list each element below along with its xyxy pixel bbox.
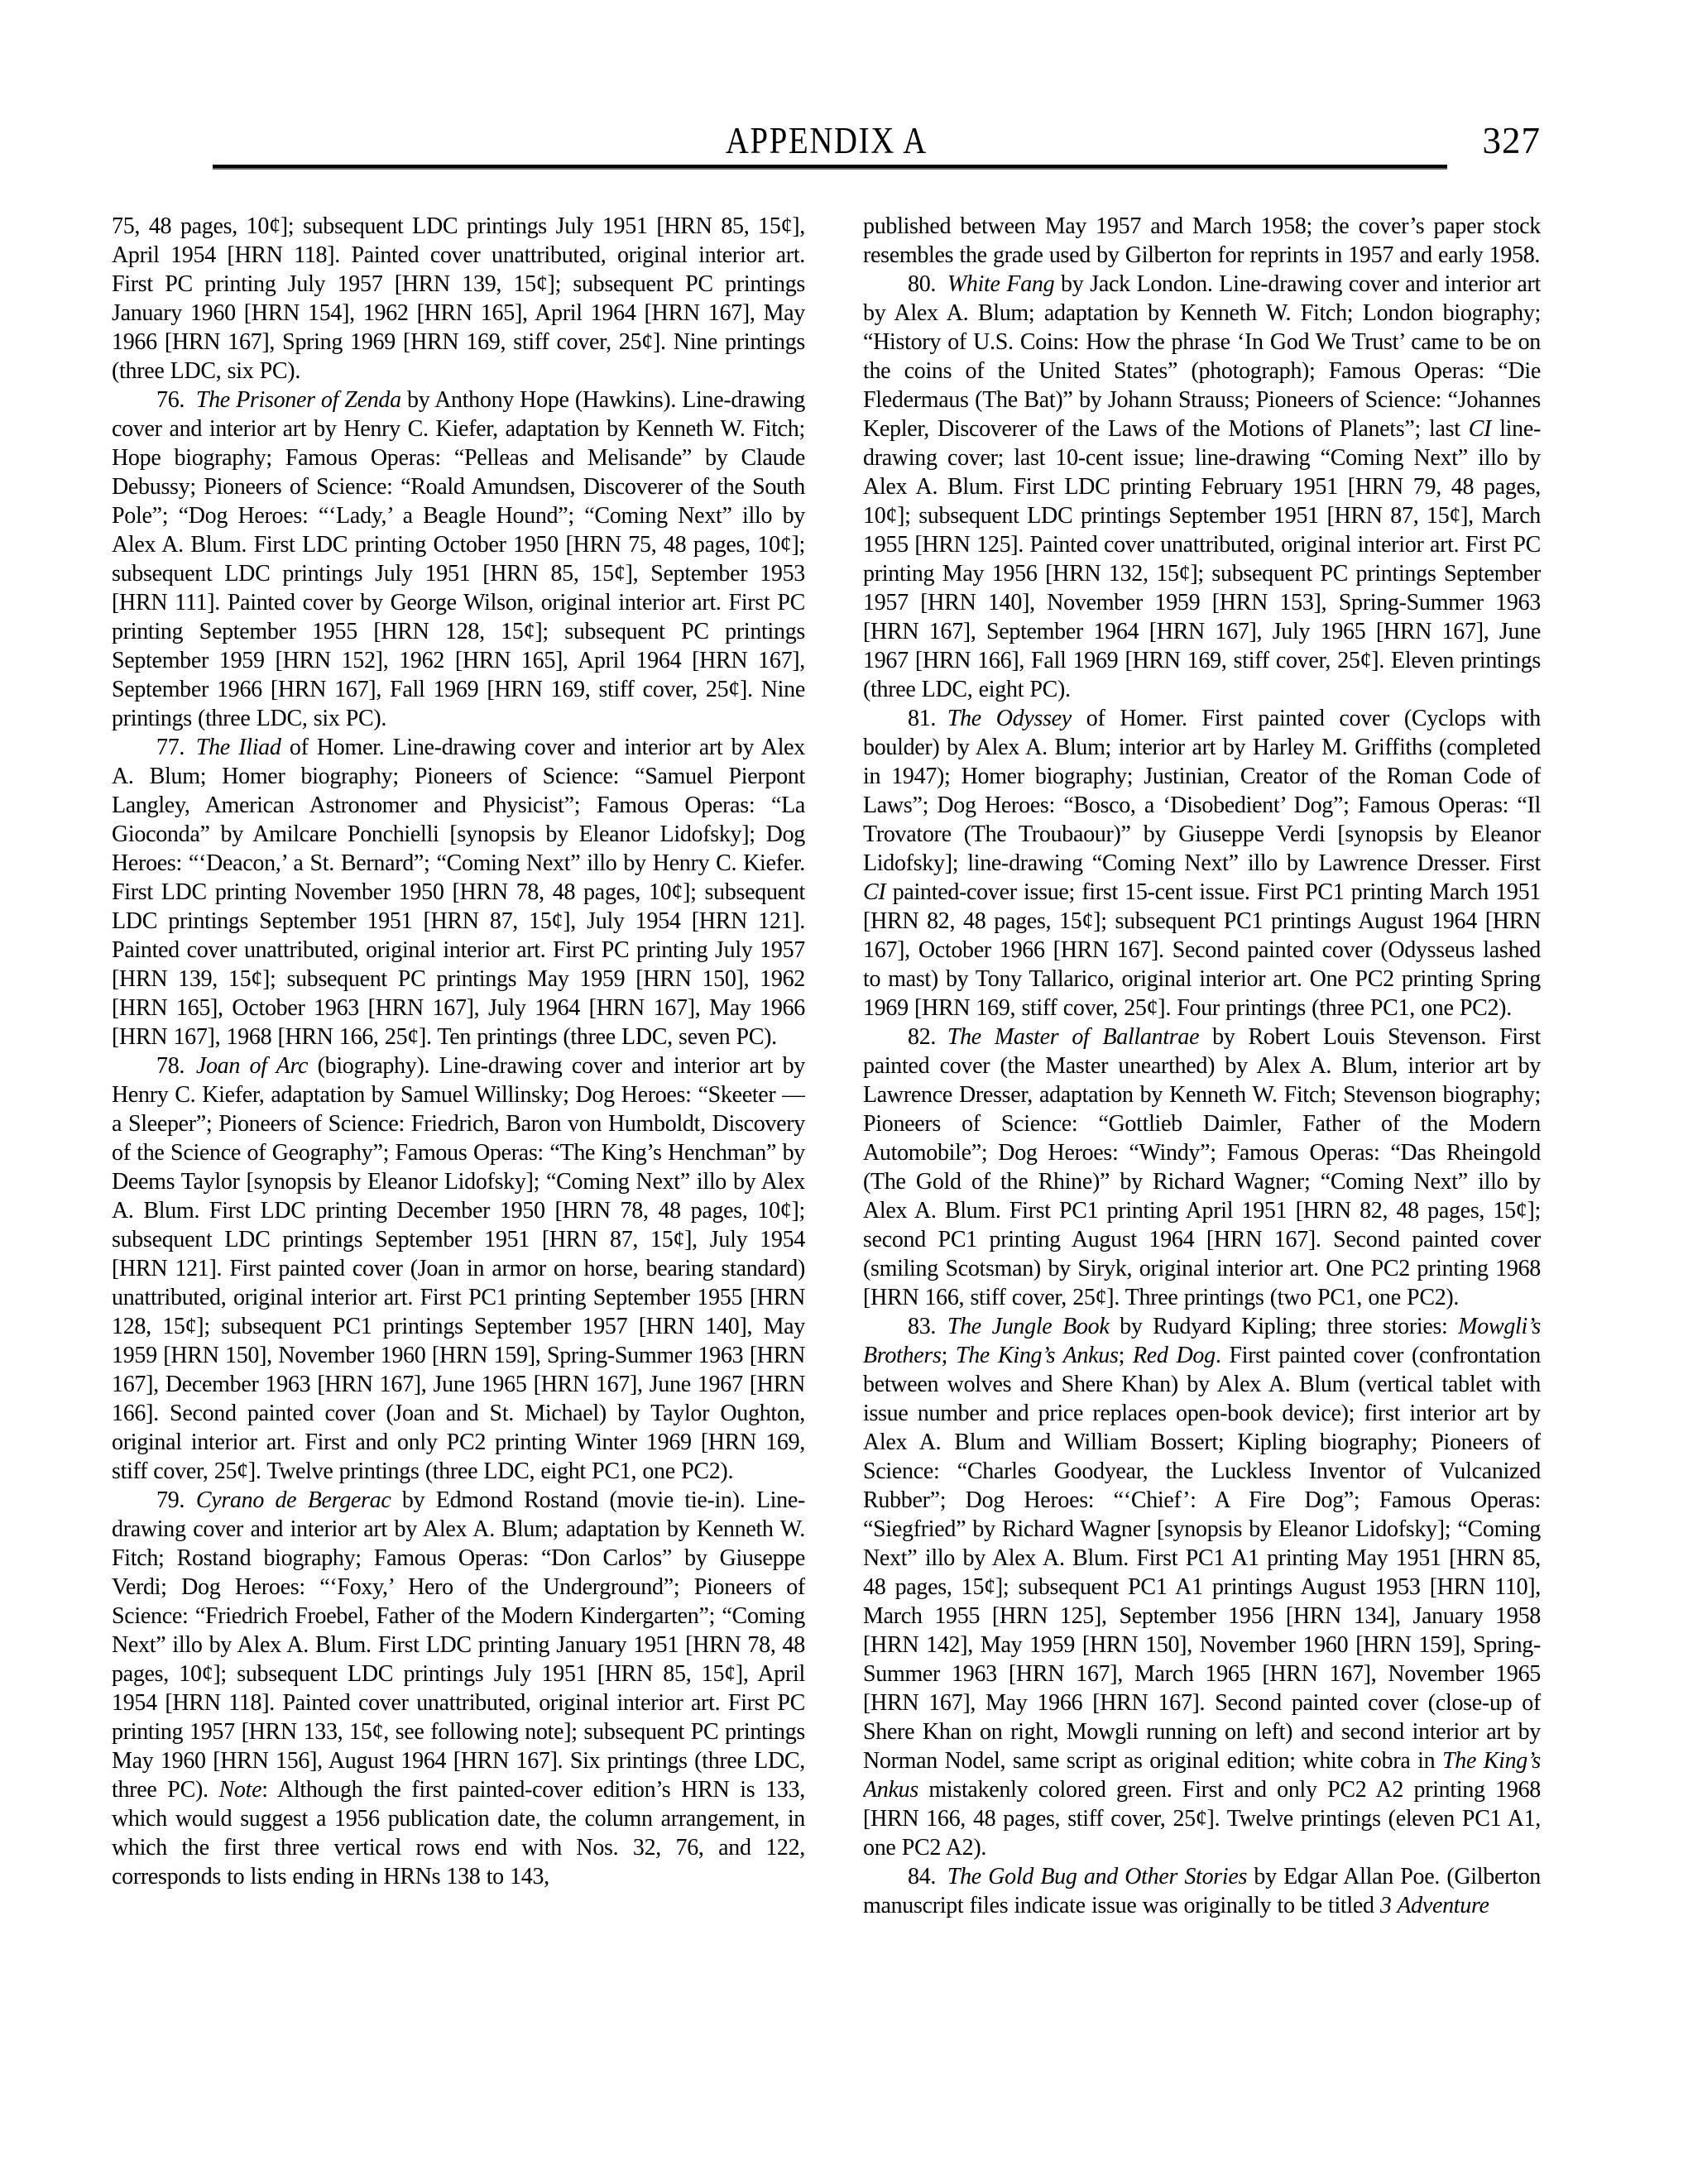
paragraph: 81. The Odyssey of Homer. First painted … (863, 704, 1541, 1023)
italic-text: The Gold Bug and Other Stories (947, 1864, 1247, 1889)
italic-text: CI (1469, 416, 1491, 442)
text-run: painted-cover issue; first 15-cent issue… (863, 879, 1541, 1021)
text-run: . First painted cover (confrontation bet… (863, 1343, 1541, 1774)
italic-text: 3 Adventure (1380, 1893, 1489, 1918)
text-run: 84. (908, 1864, 947, 1889)
text-run: 79. (156, 1487, 196, 1513)
paragraph: 79. Cyrano de Bergerac by Edmond Rostand… (112, 1486, 805, 1891)
paragraph: 83. The Jungle Book by Rudyard Kipling; … (863, 1312, 1541, 1862)
italic-text: The Iliad (196, 735, 281, 760)
italic-text: The Prisoner of Zenda (196, 387, 401, 413)
italic-text: The King’s Ankus (956, 1343, 1119, 1368)
running-head-text: APPENDIX A (725, 120, 927, 161)
text-run: ; (1119, 1343, 1133, 1368)
text-run: 81. (908, 706, 947, 731)
column-right: published between May 1957 and March 195… (863, 212, 1541, 2044)
text-run: by Edmond Rostand (movie tie-in). Line-d… (112, 1487, 805, 1803)
italic-text: Joan of Arc (196, 1053, 308, 1079)
paragraph: 80. White Fang by Jack London. Line-draw… (863, 270, 1541, 704)
text-run: ; (942, 1343, 956, 1368)
text-run: mistakenly colored green. First and only… (863, 1777, 1541, 1861)
text-columns: 75, 48 pages, 10¢]; subsequent LDC print… (112, 212, 1541, 2044)
text-run: line-drawing cover; last 10-cent issue; … (863, 416, 1541, 702)
running-head: APPENDIX A (112, 120, 1541, 161)
text-run: 80. (908, 271, 947, 297)
italic-text: Red Dog (1133, 1343, 1216, 1368)
text-run: by Anthony Hope (Hawkins). Line-drawing … (112, 387, 805, 731)
italic-text: Cyrano de Bergerac (196, 1487, 391, 1513)
text-run: published between May 1957 and March 195… (863, 213, 1541, 268)
paragraph: 82. The Master of Ballantrae by Robert L… (863, 1023, 1541, 1312)
text-run: by Rudyard Kipling; three stories: (1109, 1314, 1458, 1339)
text-run: 82. (908, 1024, 947, 1050)
page-number: 327 (1483, 120, 1542, 161)
paragraph: published between May 1957 and March 195… (863, 212, 1541, 270)
header-rule (213, 165, 1447, 168)
paragraph: 77. The Iliad of Homer. Line-drawing cov… (112, 733, 805, 1051)
italic-text: The Jungle Book (947, 1314, 1110, 1339)
text-run: 77. (156, 735, 196, 760)
book-page: APPENDIX A 327 75, 48 pages, 10¢]; subse… (0, 0, 1688, 2184)
paragraph: 75, 48 pages, 10¢]; subsequent LDC print… (112, 212, 805, 386)
column-left: 75, 48 pages, 10¢]; subsequent LDC print… (112, 212, 805, 2044)
italic-text: The Odyssey (947, 706, 1072, 731)
paragraph: 78. Joan of Arc (biography). Line-drawin… (112, 1051, 805, 1486)
text-run: of Homer. Line-drawing cover and interio… (112, 735, 805, 1050)
text-run: 83. (908, 1314, 947, 1339)
italic-text: The Master of Ballantrae (947, 1024, 1199, 1050)
text-run: by Robert Louis Stevenson. First painted… (863, 1024, 1541, 1310)
text-run: (biography). Line-drawing cover and inte… (112, 1053, 805, 1484)
text-run: 78. (156, 1053, 196, 1079)
text-run: 75, 48 pages, 10¢]; subsequent LDC print… (112, 213, 805, 384)
text-run: 76. (156, 387, 196, 413)
paragraph: 76. The Prisoner of Zenda by Anthony Hop… (112, 386, 805, 733)
italic-text: Note (219, 1777, 262, 1803)
italic-text: CI (863, 879, 885, 905)
italic-text: White Fang (947, 271, 1054, 297)
paragraph: 84. The Gold Bug and Other Stories by Ed… (863, 1862, 1541, 1920)
